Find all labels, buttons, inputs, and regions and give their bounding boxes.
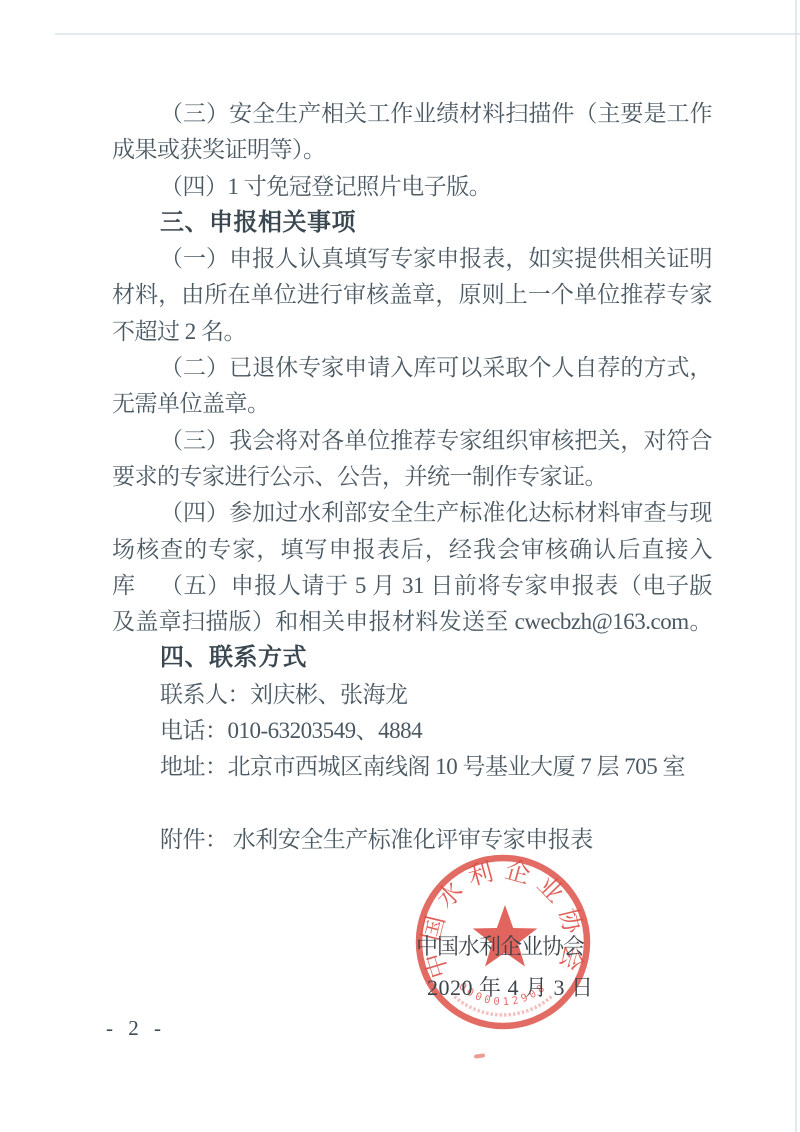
document-line: 电话：010-63203549、4884	[112, 713, 712, 749]
seal-ink-smudge	[474, 1053, 485, 1058]
document-line: 要求的专家进行公示、公告，并统一制作专家证。	[112, 459, 712, 495]
document-line: 无需单位盖章。	[112, 386, 712, 422]
document-line: 地址：北京市西城区南线阁 10 号基业大厦 7 层 705 室	[112, 749, 712, 785]
document-line: （三）我会将对各单位推荐专家组织审核把关，对符合	[112, 423, 712, 459]
document-line: 及盖章扫描版）和相关申报材料发送至 cwecbzh@163.com。	[112, 604, 712, 640]
document-line: 成果或获奖证明等）。	[112, 132, 712, 168]
document-line: （四）1 寸免冠登记照片电子版。	[112, 169, 712, 205]
document-line: 四、联系方式	[112, 640, 712, 676]
document-line: 材料，由所在单位进行审核盖章，原则上一个单位推荐专家	[112, 277, 712, 313]
scan-artifact-top-line	[55, 33, 800, 35]
document-line: （五）申报人请于 5 月 31 日前将专家申报表（电子版	[112, 568, 712, 604]
scan-artifact-right-edge	[795, 0, 797, 1132]
scanned-document-page: （三）安全生产相关工作业绩材料扫描件（主要是工作成果或获奖证明等）。（四）1 寸…	[0, 0, 800, 1132]
document-line: （一）申报人认真填写专家申报表，如实提供相关证明	[112, 241, 712, 277]
signature-date: 2020 年 4 月 3 日	[427, 971, 594, 1002]
document-line: （二）已退休专家申请入库可以采取个人自荐的方式，	[112, 350, 712, 386]
page-number: - 2 -	[106, 1016, 166, 1041]
document-line: （四）参加过水利部安全生产标准化达标材料审查与现	[112, 495, 712, 531]
document-line: （三）安全生产相关工作业绩材料扫描件（主要是工作	[112, 96, 712, 132]
document-line: 不超过 2 名。	[112, 314, 712, 350]
document-line: 场核查的专家，填写申报表后，经我会审核确认后直接入库。	[112, 532, 712, 568]
document-text-body: （三）安全生产相关工作业绩材料扫描件（主要是工作成果或获奖证明等）。（四）1 寸…	[112, 96, 712, 858]
document-line: 三、申报相关事项	[112, 205, 712, 241]
document-line: 联系人：刘庆彬、张海龙	[112, 677, 712, 713]
signature-org-name: 中国水利企业协会	[416, 930, 584, 961]
